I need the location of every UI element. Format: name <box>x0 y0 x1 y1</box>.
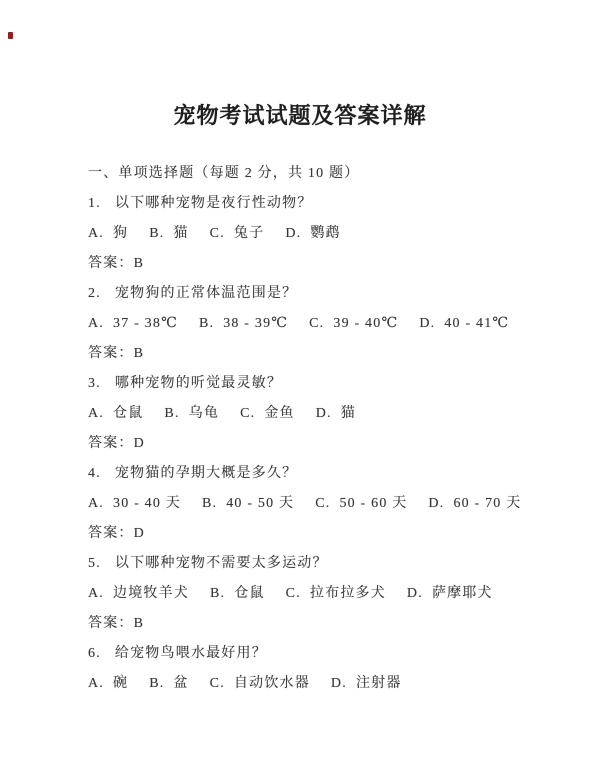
option: C.自动饮水器 <box>210 669 310 699</box>
section-heading: 一、单项选择题（每题 2 分，共 10 题） <box>88 159 560 189</box>
option-text: 仓鼠 <box>113 406 143 421</box>
option: B.仓鼠 <box>210 579 265 609</box>
options-line: A.30 - 40 天B.40 - 50 天C.50 - 60 天D.60 - … <box>88 489 560 519</box>
question-text: 给宠物鸟喂水最好用？ <box>115 646 267 661</box>
question-number: 5. <box>88 549 101 579</box>
option-text: 39 - 40℃ <box>333 316 398 331</box>
option-text: 拉布拉多犬 <box>310 586 386 601</box>
question-line: 3.哪种宠物的听觉最灵敏？ <box>88 369 560 399</box>
question-line: 4.宠物猫的孕期大概是多久？ <box>88 459 560 489</box>
option-text: 50 - 60 天 <box>339 496 407 511</box>
options-line: A.仓鼠B.乌龟C.金鱼D.猫 <box>88 399 560 429</box>
option-label: C. <box>210 219 225 249</box>
option: A.仓鼠 <box>88 399 143 429</box>
question-line: 1.以下哪种宠物是夜行性动物？ <box>88 189 560 219</box>
option: A.碗 <box>88 669 128 699</box>
option: D.注射器 <box>331 669 402 699</box>
option: B.38 - 39℃ <box>199 309 288 339</box>
red-corner-mark <box>8 32 13 39</box>
option-text: 注射器 <box>356 676 402 691</box>
question-number: 4. <box>88 459 101 489</box>
option: D.40 - 41℃ <box>419 309 509 339</box>
option: B.乌龟 <box>164 399 219 429</box>
option: A.边境牧羊犬 <box>88 579 189 609</box>
option-text: 兔子 <box>234 226 264 241</box>
option: B.盆 <box>149 669 188 699</box>
option-label: D. <box>407 579 423 609</box>
question-line: 2.宠物狗的正常体温范围是？ <box>88 279 560 309</box>
document-title: 宠物考试试题及答案详解 <box>0 99 600 130</box>
option-label: A. <box>88 219 104 249</box>
option-label: B. <box>149 219 164 249</box>
option-label: A. <box>88 669 104 699</box>
question-line: 5.以下哪种宠物不需要太多运动？ <box>88 549 560 579</box>
option-label: B. <box>210 579 225 609</box>
option-label: D. <box>285 219 301 249</box>
option-text: 40 - 41℃ <box>444 316 509 331</box>
option-text: 边境牧羊犬 <box>113 586 189 601</box>
option: C.拉布拉多犬 <box>286 579 386 609</box>
question-text: 哪种宠物的听觉最灵敏？ <box>115 376 282 391</box>
option-text: 碗 <box>113 676 128 691</box>
option-label: B. <box>149 669 164 699</box>
options-line: A.碗B.盆C.自动饮水器D.注射器 <box>88 669 560 699</box>
option-text: 自动饮水器 <box>234 676 310 691</box>
option: D.萨摩耶犬 <box>407 579 493 609</box>
option-text: 40 - 50 天 <box>226 496 294 511</box>
option-text: 30 - 40 天 <box>113 496 181 511</box>
option-text: 金鱼 <box>264 406 294 421</box>
option-label: D. <box>316 399 332 429</box>
option-label: B. <box>164 399 179 429</box>
option: A.37 - 38℃ <box>88 309 178 339</box>
option-label: D. <box>419 309 435 339</box>
option-label: B. <box>199 309 214 339</box>
option-label: C. <box>210 669 225 699</box>
option: B.猫 <box>149 219 188 249</box>
question-number: 2. <box>88 279 101 309</box>
option: B.40 - 50 天 <box>202 489 294 519</box>
options-line: A.狗B.猫C.兔子D.鹦鹉 <box>88 219 560 249</box>
option-text: 猫 <box>173 226 188 241</box>
option-label: B. <box>202 489 217 519</box>
option-label: D. <box>331 669 347 699</box>
option-text: 狗 <box>113 226 128 241</box>
option-text: 萨摩耶犬 <box>432 586 493 601</box>
question-text: 宠物猫的孕期大概是多久？ <box>115 466 297 481</box>
options-line: A.37 - 38℃B.38 - 39℃C.39 - 40℃D.40 - 41℃ <box>88 309 560 339</box>
option-label: A. <box>88 489 104 519</box>
option: C.50 - 60 天 <box>315 489 407 519</box>
option-label: C. <box>240 399 255 429</box>
option: D.猫 <box>316 399 356 429</box>
answer-line: 答案：B <box>88 249 560 279</box>
question-number: 6. <box>88 639 101 669</box>
option: A.狗 <box>88 219 128 249</box>
document-body: 一、单项选择题（每题 2 分，共 10 题） 1.以下哪种宠物是夜行性动物？A.… <box>88 159 560 699</box>
questions-container: 1.以下哪种宠物是夜行性动物？A.狗B.猫C.兔子D.鹦鹉答案：B2.宠物狗的正… <box>88 189 560 699</box>
option-text: 60 - 70 天 <box>453 496 521 511</box>
question-text: 以下哪种宠物是夜行性动物？ <box>115 196 313 211</box>
option-text: 37 - 38℃ <box>113 316 178 331</box>
option-label: A. <box>88 399 104 429</box>
option-label: C. <box>315 489 330 519</box>
option-text: 乌龟 <box>189 406 219 421</box>
options-line: A.边境牧羊犬B.仓鼠C.拉布拉多犬D.萨摩耶犬 <box>88 579 560 609</box>
option-text: 鹦鹉 <box>310 226 340 241</box>
question-text: 以下哪种宠物不需要太多运动？ <box>115 556 328 571</box>
option-label: A. <box>88 579 104 609</box>
option-text: 38 - 39℃ <box>223 316 288 331</box>
question-number: 1. <box>88 189 101 219</box>
question-text: 宠物狗的正常体温范围是？ <box>115 286 297 301</box>
option-label: C. <box>286 579 301 609</box>
option-label: C. <box>309 309 324 339</box>
option-label: A. <box>88 309 104 339</box>
option-text: 仓鼠 <box>234 586 264 601</box>
answer-line: 答案：D <box>88 429 560 459</box>
option: D.鹦鹉 <box>285 219 340 249</box>
option: D.60 - 70 天 <box>428 489 521 519</box>
answer-line: 答案：D <box>88 519 560 549</box>
option-text: 盆 <box>173 676 188 691</box>
option: C.兔子 <box>210 219 265 249</box>
question-line: 6.给宠物鸟喂水最好用？ <box>88 639 560 669</box>
option: A.30 - 40 天 <box>88 489 181 519</box>
option-text: 猫 <box>341 406 356 421</box>
option: C.39 - 40℃ <box>309 309 398 339</box>
document-page: 宠物考试试题及答案详解 一、单项选择题（每题 2 分，共 10 题） 1.以下哪… <box>0 0 600 776</box>
answer-line: 答案：B <box>88 609 560 639</box>
answer-line: 答案：B <box>88 339 560 369</box>
question-number: 3. <box>88 369 101 399</box>
option-label: D. <box>428 489 444 519</box>
option: C.金鱼 <box>240 399 295 429</box>
